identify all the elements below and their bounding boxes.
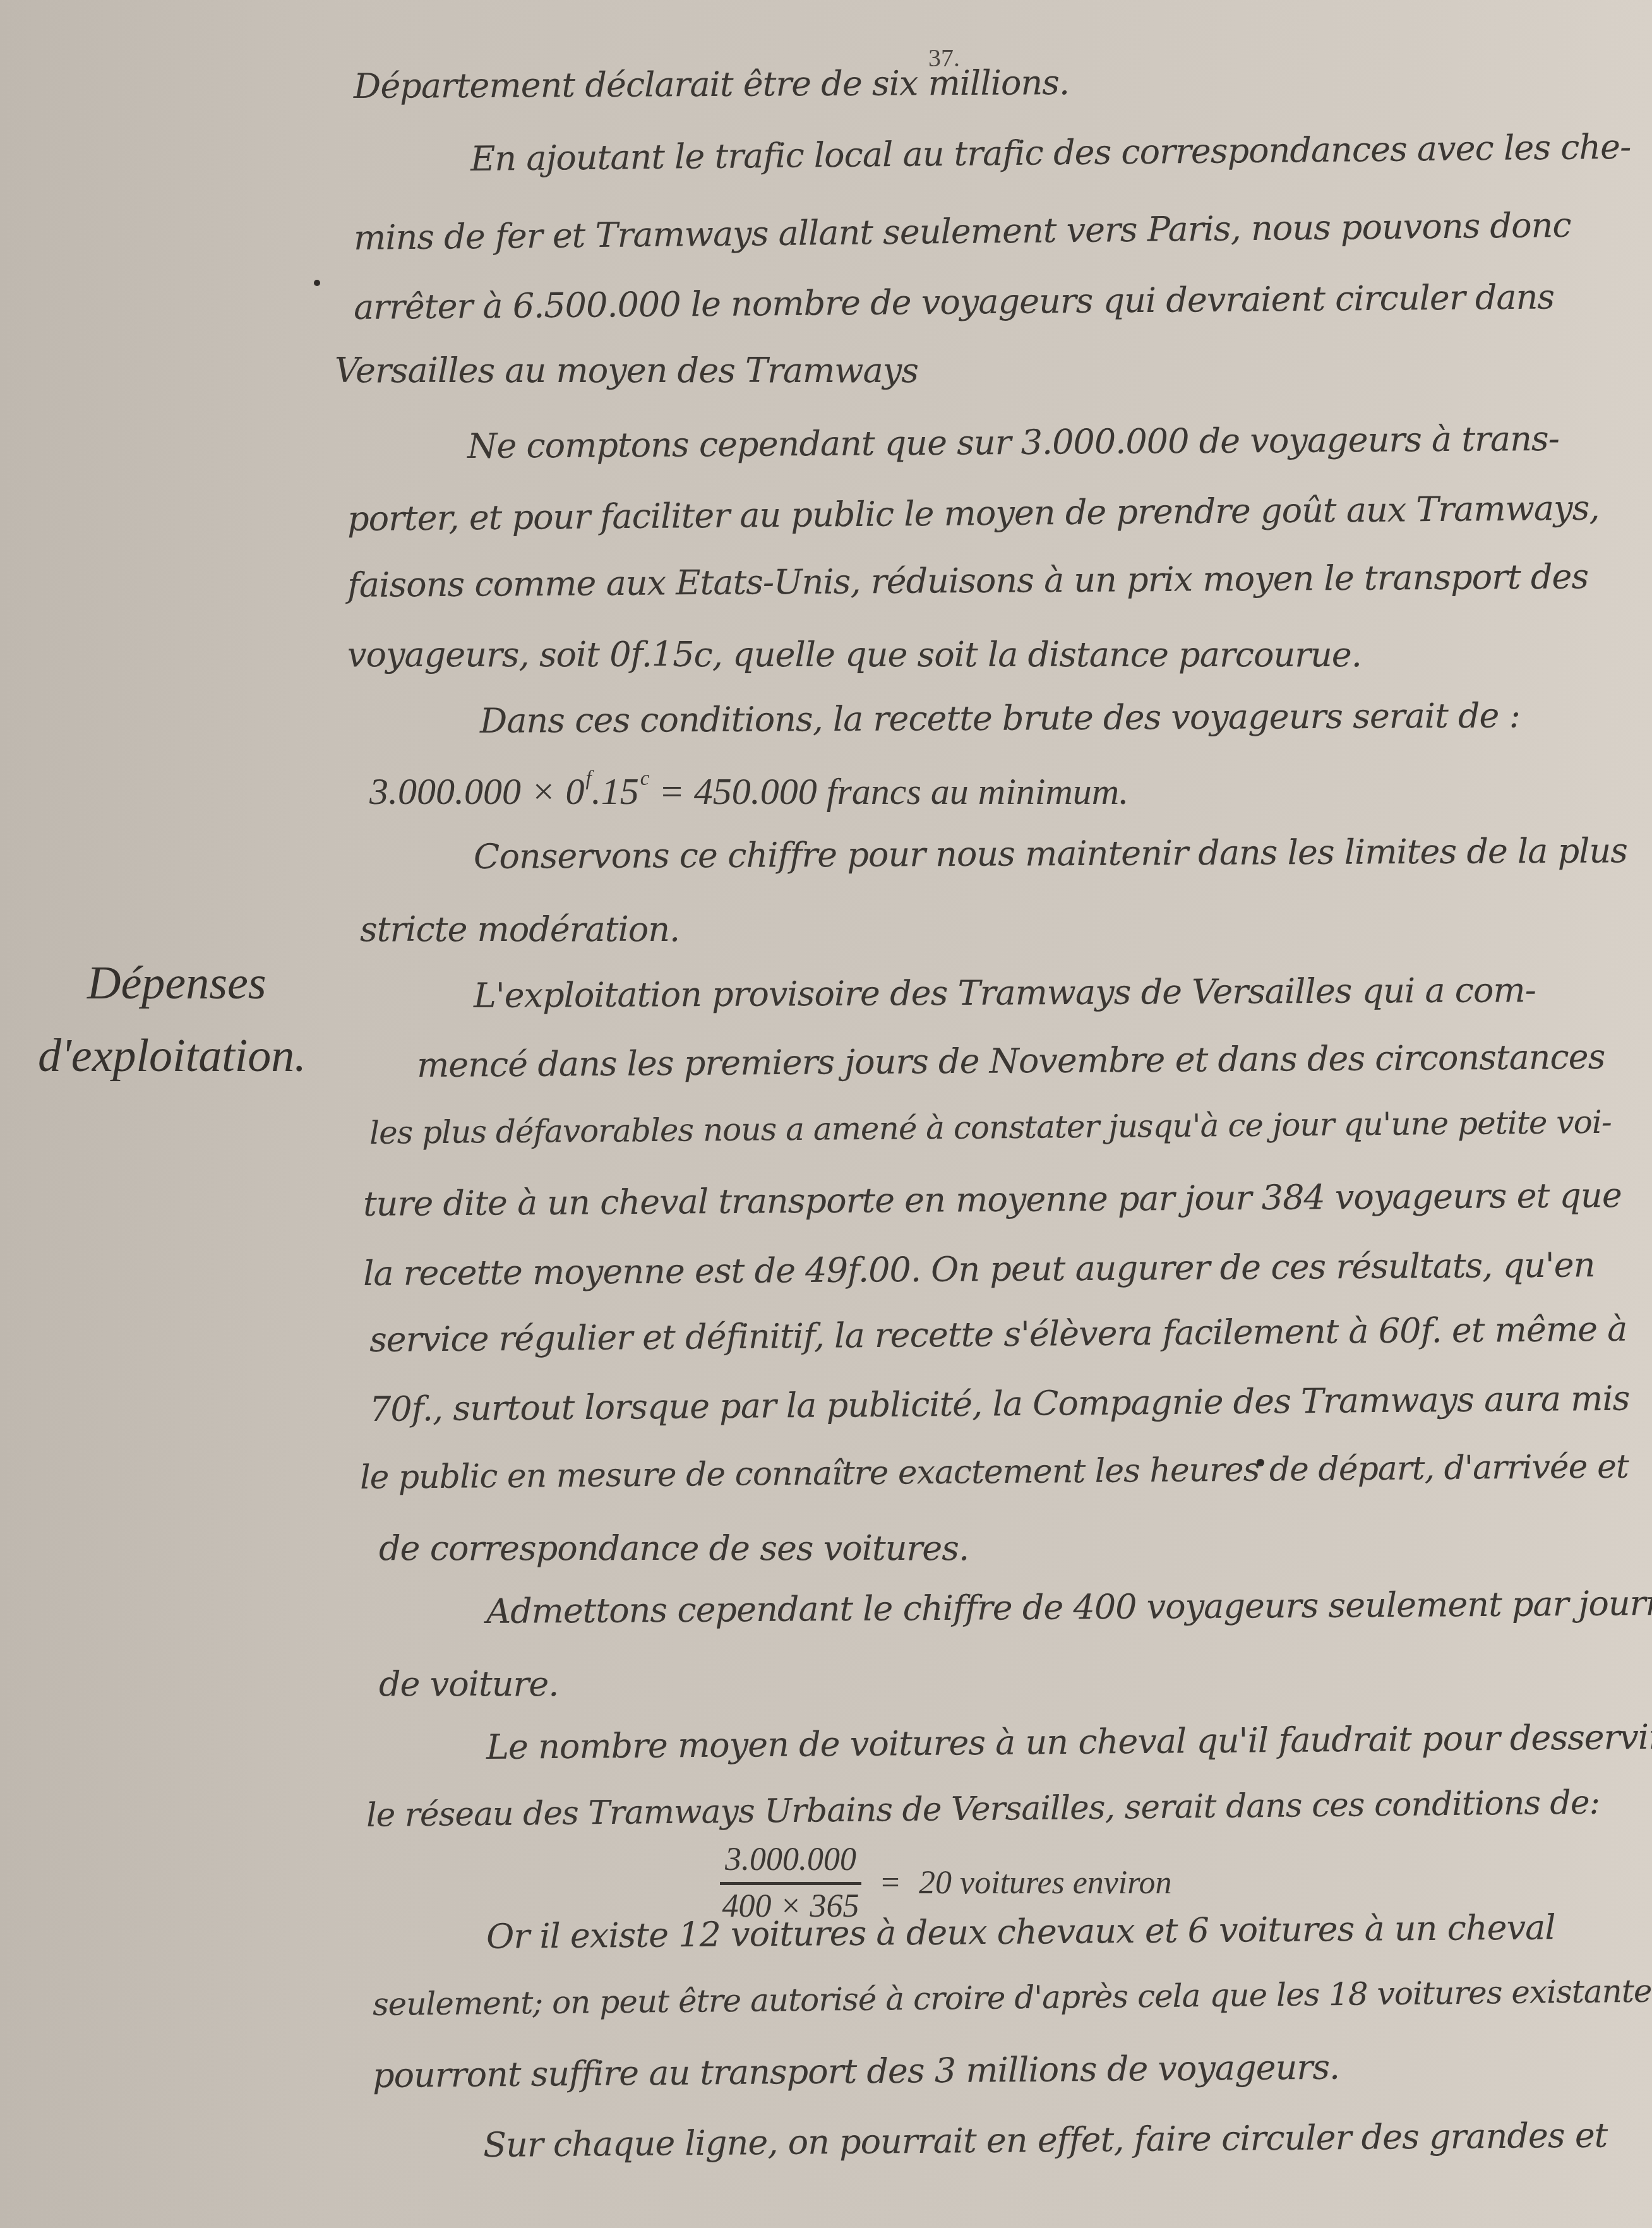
text-line: Département déclarait être de six millio… [354, 63, 1069, 106]
text-line: Admettons cependant le chiffre de 400 vo… [486, 1583, 1652, 1631]
text-line: 70f., surtout lorsque par la publicité, … [369, 1379, 1630, 1429]
formula-franc-unit: f [586, 767, 592, 790]
text-line: mins de fer et Tramways allant seulement… [354, 205, 1571, 258]
revenue-formula: 3.000.000 × 0f.15c = 450.000 francs au m… [369, 767, 1128, 813]
ink-speck [1257, 1459, 1264, 1466]
fraction-result: 20 voitures environ [919, 1864, 1172, 1902]
text-line: En ajoutant le trafic local au trafic de… [470, 127, 1631, 179]
ink-speck [314, 280, 320, 286]
text-line: le public en mesure de connaître exactem… [360, 1447, 1629, 1497]
text-line: stricte modération. [360, 909, 679, 949]
text-line: faisons comme aux Etats-Unis, réduisons … [347, 556, 1589, 605]
formula-equals: = [659, 770, 685, 812]
text-line: Versailles au moyen des Tramways [335, 350, 918, 390]
formula-result: 450.000 francs au minimum. [694, 770, 1128, 812]
text-line: les plus défavorables nous a amené à con… [369, 1104, 1612, 1151]
formula-rate-cents: 15 [601, 770, 639, 812]
formula-centime-unit: c [640, 767, 650, 790]
text-line: voyageurs, soit 0f.15c, quelle que soit … [347, 635, 1362, 674]
fraction-equals: = [879, 1864, 901, 1902]
text-line: de voiture. [379, 1664, 558, 1704]
text-line: Le nombre moyen de voitures à un cheval … [486, 1717, 1652, 1767]
text-line: seulement; on peut être autorisé à croir… [373, 1973, 1652, 2023]
text-line: arrêter à 6.500.000 le nombre de voyageu… [354, 277, 1555, 327]
text-line: mencé dans les premiers jours de Novembr… [417, 1037, 1605, 1085]
text-line: Sur chaque ligne, on pourrait en effet, … [483, 2115, 1608, 2165]
text-line: Or il existe 12 voitures à deux chevaux … [486, 1907, 1555, 1956]
text-line: porter, et pour faciliter au public le m… [347, 488, 1600, 539]
text-line: service régulier et définitif, la recett… [369, 1309, 1627, 1360]
formula-rate-whole: 0 [566, 770, 585, 812]
text-line: Dans ces conditions, la recette brute de… [480, 695, 1520, 741]
text-line: le réseau des Tramways Urbains de Versai… [366, 1784, 1600, 1835]
text-line: L'exploitation provisoire des Tramways d… [474, 970, 1536, 1015]
formula-operator: × [530, 770, 556, 812]
formula-multiplicand: 3.000.000 [369, 770, 521, 812]
text-line: Ne comptons cependant que sur 3.000.000 … [467, 419, 1559, 466]
text-line: Conservons ce chiffre pour nous mainteni… [474, 830, 1627, 877]
text-line: de correspondance de ses voitures. [379, 1528, 969, 1568]
margin-heading-line1: Dépenses [87, 957, 266, 1010]
text-line: la recette moyenne est de 49f.00. On peu… [363, 1245, 1595, 1293]
margin-heading-line2: d'exploitation. [38, 1029, 306, 1083]
manuscript-page: 37. Dépenses d'exploitation. Département… [0, 0, 1652, 2228]
text-line: ture dite à un cheval transporte en moye… [363, 1175, 1622, 1224]
fraction-expression: 3.000.000 400 × 365 [720, 1841, 861, 1925]
text-line: pourront suffire au transport des 3 mill… [373, 2047, 1340, 2095]
fraction-numerator: 3.000.000 [720, 1841, 861, 1885]
